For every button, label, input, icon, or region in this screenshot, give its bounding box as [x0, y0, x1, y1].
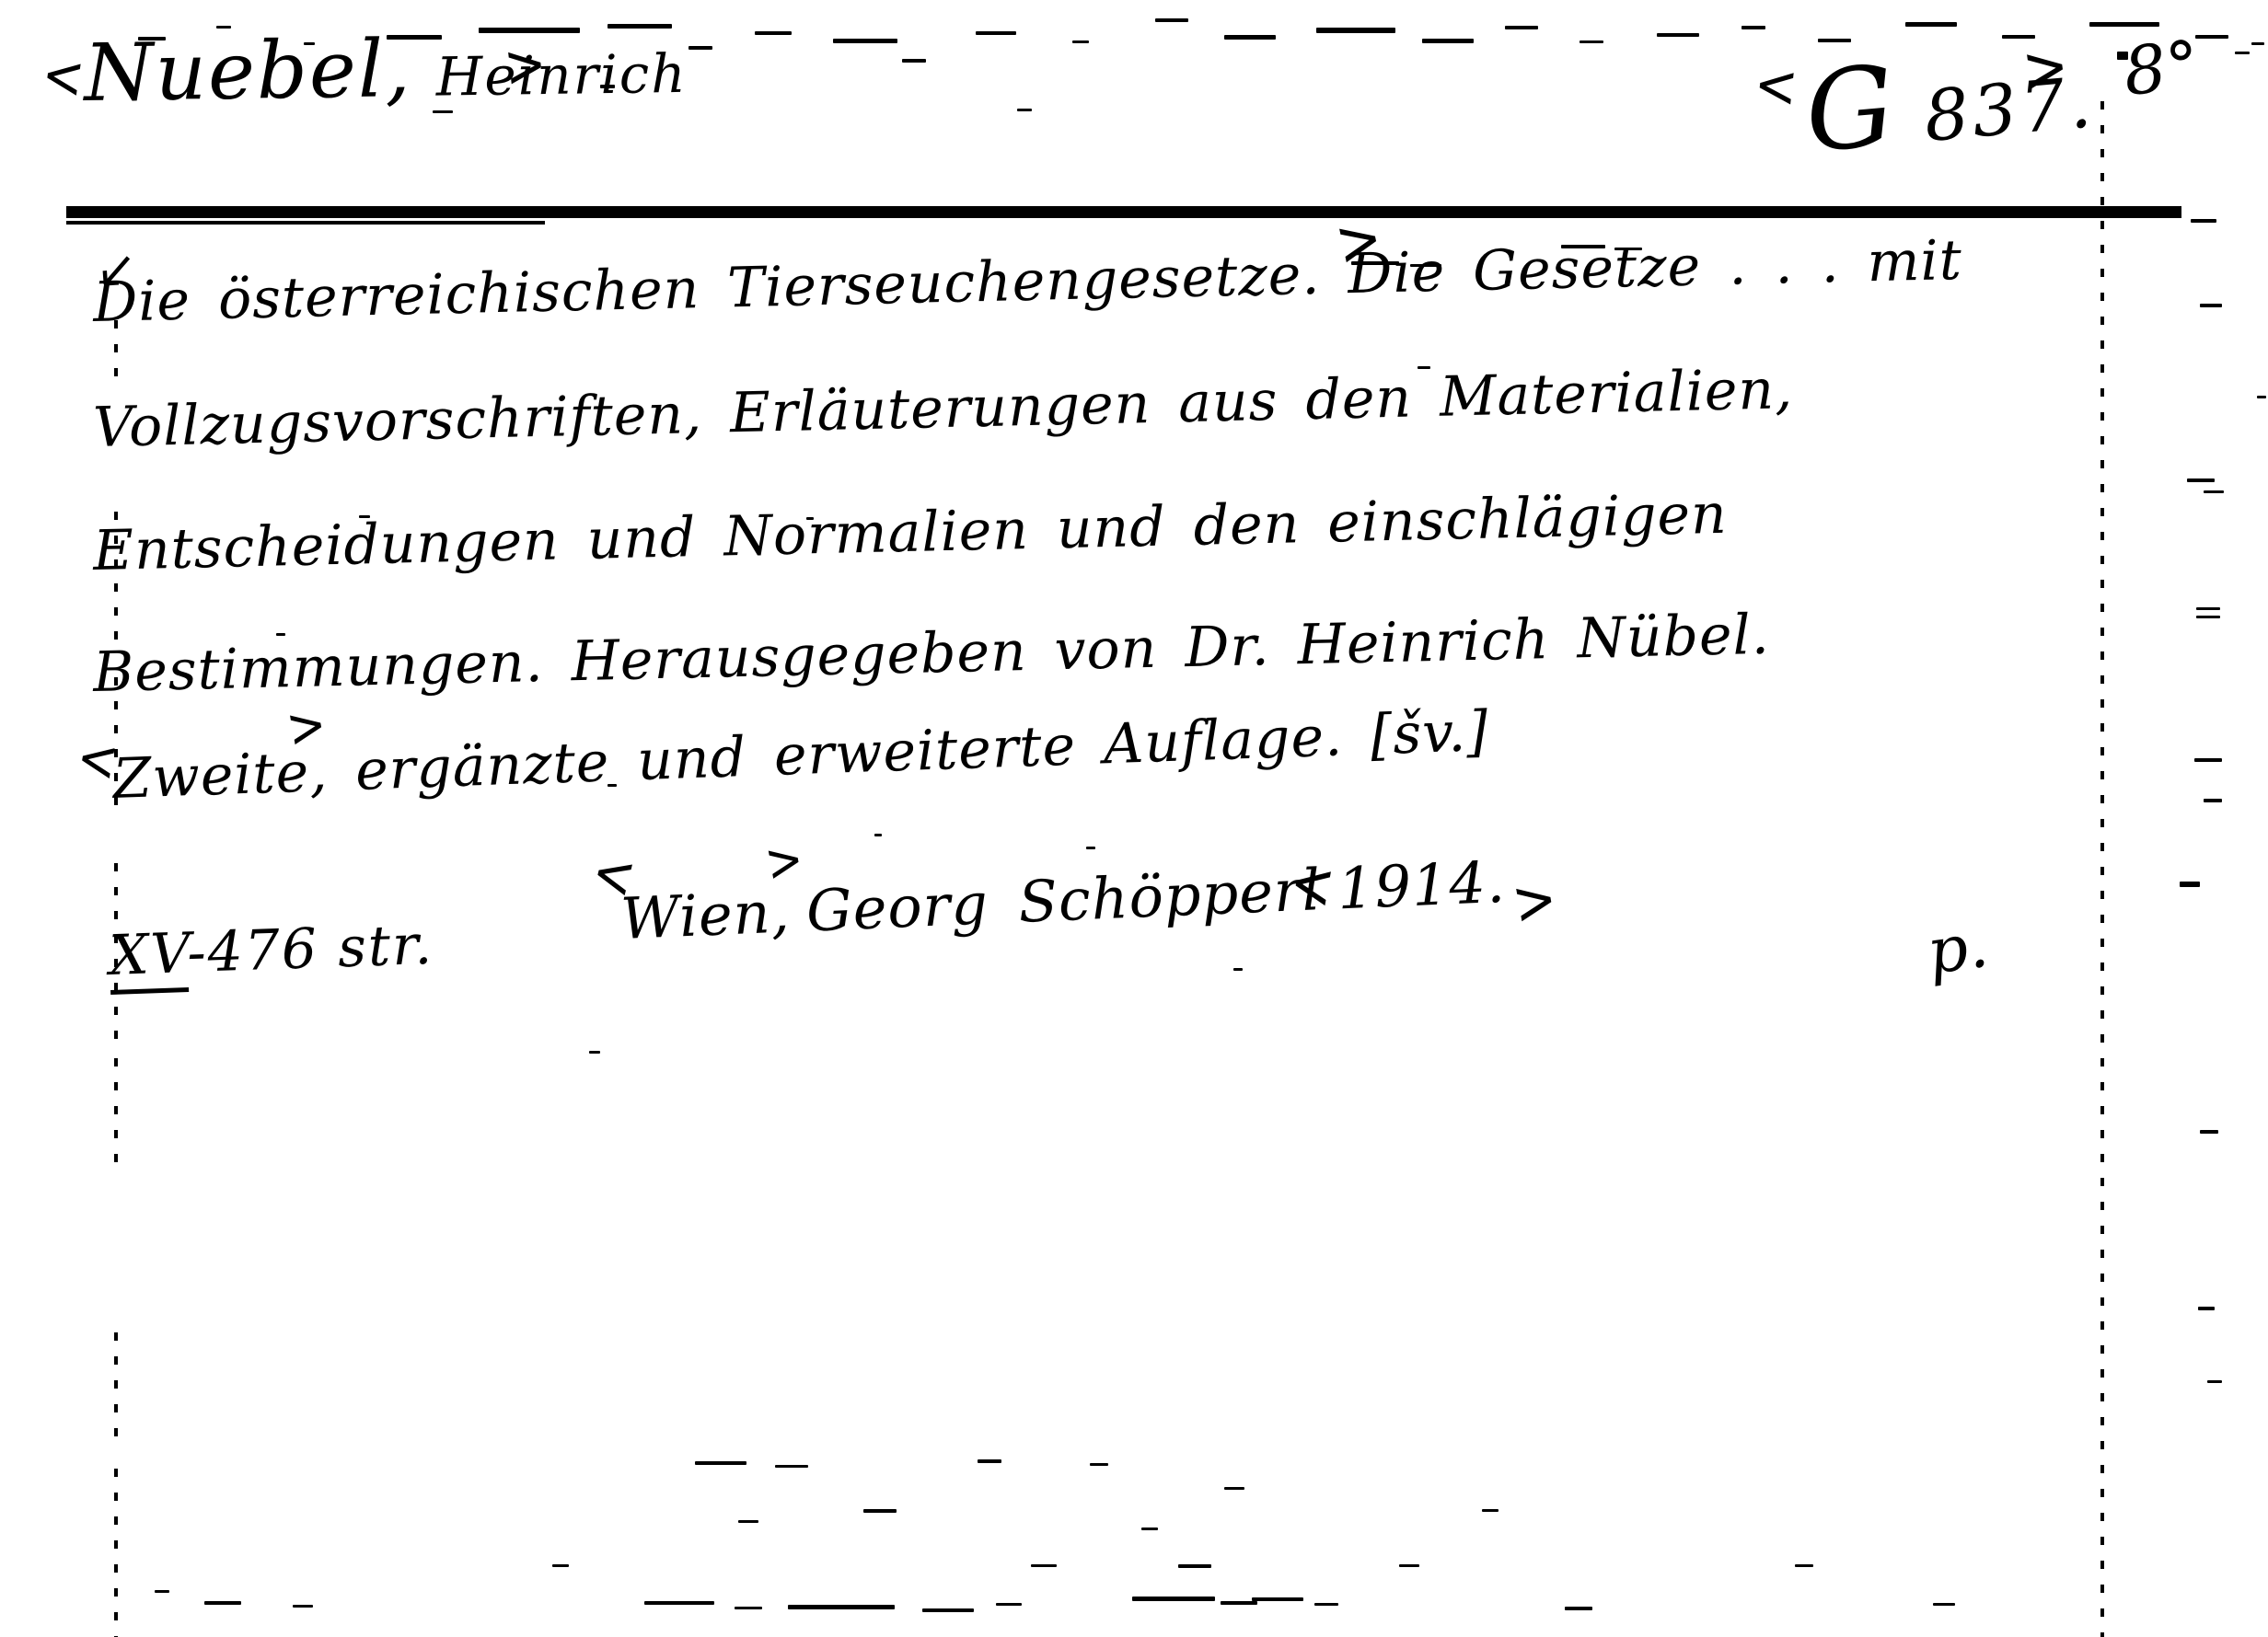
imprint-publisher: Georg Schöpperl [805, 856, 1323, 944]
scan-noise-dash [2200, 304, 2222, 307]
scan-noise-dash [2191, 219, 2216, 223]
scan-noise-dash [138, 37, 166, 40]
scan-noise-dash [1221, 1601, 1257, 1605]
scan-noise-dash [2180, 882, 2200, 887]
scan-noise-dash [863, 1509, 897, 1513]
scan-noise-dash [976, 31, 1016, 35]
angle-close-mark: > [2019, 32, 2072, 102]
scan-noise-dash [1316, 28, 1395, 33]
left-margin-dotted-line [114, 1469, 118, 1637]
left-margin-dotted-line [114, 677, 118, 817]
right-margin-dotted-line [2100, 101, 2104, 1637]
scan-noise-dash [1614, 248, 1642, 250]
scan-noise-dash [2198, 1307, 2215, 1310]
scan-noise-dash [293, 1605, 313, 1608]
scan-noise-dash [833, 39, 897, 43]
scan-noise-dash [2200, 1130, 2218, 1134]
scan-noise-dash [1482, 1509, 1498, 1512]
scan-noise-dash [1795, 1564, 1813, 1567]
scan-noise-dash [1224, 1487, 1244, 1490]
scan-noise-dash [589, 1051, 600, 1054]
scan-noise-dash [806, 517, 814, 520]
scan-noise-dash [2117, 52, 2128, 60]
title-line: Die österreichischen Tierseuchengesetze.… [92, 228, 1962, 335]
angle-close-mark: > [502, 33, 550, 97]
format-statement: 8° [2120, 26, 2203, 110]
scan-noise-dash [2187, 478, 2215, 482]
left-margin-dotted-line [114, 1058, 118, 1167]
scan-noise-dash [1818, 39, 1851, 42]
collation-statement: XV-476 str. [109, 913, 435, 988]
angle-close-mark: > [761, 832, 807, 891]
scan-noise-dash [2195, 35, 2228, 39]
scan-noise-dash [775, 1465, 808, 1468]
scan-noise-dash [1399, 1564, 1419, 1567]
scan-noise-dash [1579, 40, 1603, 43]
scan-noise-dash [387, 35, 442, 40]
scan-noise-dash [607, 784, 617, 787]
scan-noise-dash [1224, 35, 1276, 40]
angle-close-mark: > [283, 696, 330, 756]
heading-line: Nuebel, Heinrich [84, 19, 688, 120]
scan-noise-dash [788, 1605, 895, 1609]
scan-noise-dash [216, 26, 231, 29]
scan-noise-dash [755, 31, 792, 35]
scan-noise-dash [1410, 264, 1441, 267]
scan-noise-dash [2204, 490, 2224, 493]
scan-noise-dash [1561, 245, 1605, 248]
scan-noise-dash [2251, 42, 2264, 45]
heading-surname: Nuebel, [84, 23, 413, 120]
scan-noise-dash [902, 59, 926, 63]
scan-noise-dash [1090, 1463, 1108, 1466]
scan-noise-dash [2196, 607, 2220, 610]
scan-noise-dash [600, 85, 615, 88]
scan-noise-dash [874, 834, 882, 836]
scan-noise-dash [1657, 33, 1699, 37]
header-rule [66, 206, 2181, 218]
scan-noise-dash [2207, 1380, 2222, 1383]
scan-noise-dash [1132, 1597, 1215, 1601]
scan-noise-dash [1565, 1607, 1592, 1610]
left-margin-dotted-line [114, 512, 118, 650]
scan-noise-dash [359, 515, 370, 518]
scan-noise-dash [738, 1520, 758, 1523]
collation-roman-pages: XV [109, 921, 189, 995]
scan-noise-dash [1072, 40, 1089, 43]
annotation-letter: p. [1923, 909, 1993, 989]
left-margin-dotted-line [114, 863, 118, 1045]
scan-noise-dash [433, 110, 453, 113]
scan-noise-dash [1178, 1564, 1211, 1568]
header-rule-echo [66, 221, 545, 225]
scan-noise-dash [1141, 1527, 1158, 1530]
scan-noise-dash [978, 1459, 1001, 1463]
scan-noise-dash [1905, 22, 1957, 27]
title-line: Vollzugsvorschriften, Erläuterungen aus … [92, 357, 1793, 460]
catalog-card: < Nuebel, Heinrich > < G 837. > 8° ↙ Die… [0, 0, 2268, 1637]
scan-noise-dash [1031, 1564, 1057, 1567]
collation-arabic-pages: -476 str. [186, 913, 434, 986]
scan-noise-dash [688, 46, 712, 50]
scan-noise-dash [2196, 616, 2220, 618]
scan-noise-dash [1422, 39, 1474, 43]
scan-noise-dash [607, 24, 672, 29]
scan-noise-dash [276, 633, 285, 636]
scan-noise-dash [735, 1607, 762, 1609]
angle-open-mark: < [1752, 55, 1800, 119]
scan-noise-dash [1252, 1597, 1303, 1601]
scan-noise-dash [552, 1564, 569, 1567]
heading-forename: Heinrich [435, 42, 688, 109]
scan-noise-dash [2089, 22, 2159, 27]
scan-noise-dash [155, 1590, 169, 1593]
title-line: Entscheidungen und Normalien und den ein… [92, 482, 1728, 583]
angle-close-mark: > [1509, 868, 1562, 936]
left-margin-dotted-line [114, 1332, 118, 1441]
scan-noise-dash [922, 1608, 974, 1612]
scan-noise-dash [2002, 35, 2035, 39]
scan-noise-dash [1741, 26, 1765, 29]
scan-noise-dash [1933, 1603, 1955, 1606]
scan-noise-dash [2194, 758, 2222, 762]
scan-noise-dash [644, 1601, 714, 1605]
scan-noise-dash [1351, 261, 1399, 265]
scan-noise-dash [2257, 396, 2266, 398]
imprint-statement: Wien, Georg Schöpperl 1914. [619, 848, 1507, 952]
imprint-year: 1914. [1336, 848, 1507, 923]
scan-noise-dash [204, 1601, 241, 1605]
scan-noise-dash [695, 1461, 746, 1465]
title-line: Bestimmungen. Herausgegeben von Dr. Hein… [92, 603, 1770, 705]
scan-noise-dash [1233, 968, 1243, 971]
scan-noise-dash [479, 28, 580, 33]
scan-noise-dash [1155, 18, 1188, 22]
imprint-place: Wien, [619, 878, 792, 952]
scan-noise-dash [1086, 847, 1095, 849]
scan-noise-dash [2204, 799, 2222, 802]
angle-open-mark: < [39, 44, 88, 109]
scan-noise-dash [996, 1603, 1022, 1606]
scan-noise-dash [1417, 366, 1430, 369]
scan-noise-dash [304, 42, 315, 45]
left-margin-dotted-line [114, 320, 118, 388]
scan-noise-dash [1017, 109, 1032, 111]
scan-noise-dash [1314, 1603, 1338, 1606]
scan-noise-dash [2235, 52, 2250, 54]
scan-noise-dash [1505, 26, 1538, 29]
